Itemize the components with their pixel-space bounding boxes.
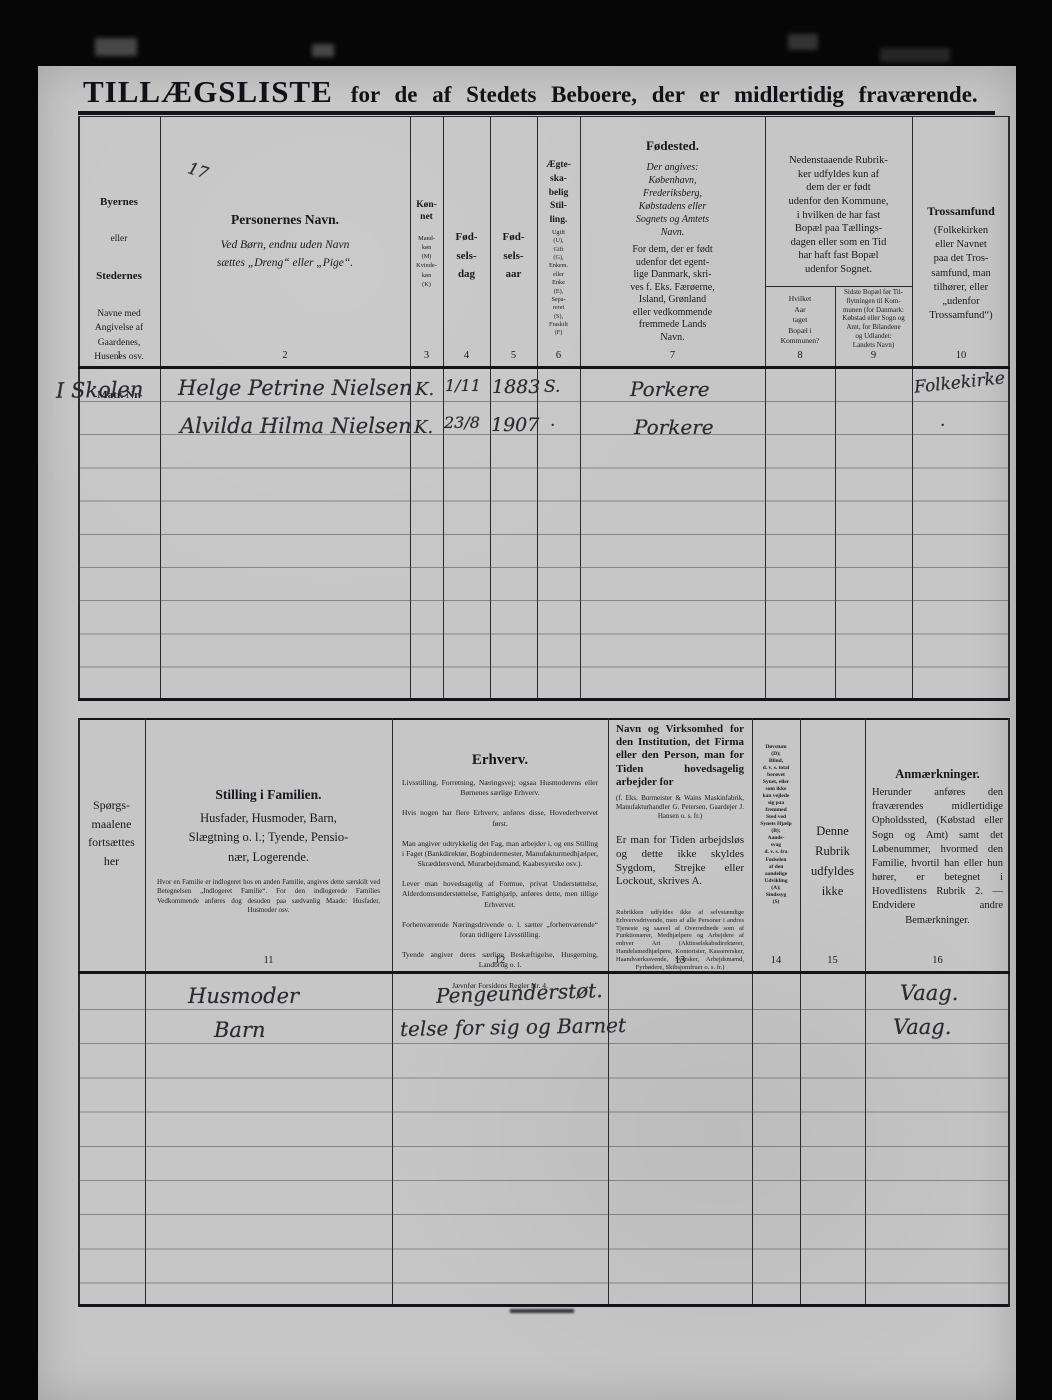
t1-header-col8-9-shared: Nedenstaaende Rubrik- ker udfyldes kun a… xyxy=(765,154,912,277)
entry-birthplace: Porkere xyxy=(630,377,710,401)
entry-religion: . xyxy=(940,411,945,431)
t1-colnum-6: 6 xyxy=(537,349,580,363)
t1-c1-line: eller xyxy=(78,233,160,245)
t1-header-col10-body: (Folkekirken eller Navnet paa det Tros- … xyxy=(912,224,1010,323)
entry-birthplace: Porkere xyxy=(634,415,714,439)
t2-header-col14: Døvstum (D); Blind, d. v. s. total berøv… xyxy=(752,744,800,906)
t2-header-col11-body: Husfader, Husmoder, Barn, Slægtning o. l… xyxy=(145,809,392,867)
t2-colnum-14: 14 xyxy=(752,954,800,968)
page-title: TILLÆGSLISTE for de af Stedets Beboere, … xyxy=(83,74,1003,110)
t1-header-col7-title: Fødested. xyxy=(580,138,765,155)
t2-colnum-12: 12 xyxy=(392,954,608,968)
t1-header-col7-body1: Der angives: København, Frederiksberg, K… xyxy=(580,161,765,239)
scan-artifact xyxy=(312,44,334,57)
margin-mark: 17 xyxy=(186,158,211,182)
scan-artifact xyxy=(788,34,818,50)
entry-occupation: telse for sig og Barnet xyxy=(400,1013,626,1041)
t1-header-col6-title: Ægte- ska- belig Stil- ling. xyxy=(537,159,580,228)
t1-ruled-lines xyxy=(79,401,1009,697)
t1-c1-line: Stedernes xyxy=(78,269,160,283)
t1-colnum-3: 3 xyxy=(410,349,443,363)
entry-maritalstatus: . xyxy=(550,411,555,431)
t1-header-col3-title: Køn- net xyxy=(410,199,443,224)
t1-header-col4: Fød- sels- dag xyxy=(443,228,490,284)
entry-occupation: Pengeunderstøt. xyxy=(436,978,603,1008)
scan-artifact xyxy=(95,38,137,56)
t1-colnum-2: 2 xyxy=(160,349,410,363)
entry-family-position: Husmoder xyxy=(188,984,299,1008)
scanned-census-page: { "title": { "main": "TILLÆGSLISTE", "re… xyxy=(0,0,1052,1400)
t1-c1-line: Byernes xyxy=(78,195,160,209)
t1-header-col9-sub: Sidste Bopæl før Til- flytningen til Kom… xyxy=(835,288,912,349)
entry-birthday: 23/8 xyxy=(444,413,480,432)
t2-header-col12-title: Erhverv. xyxy=(392,751,608,771)
entry-name: Alvilda Hilma Nielsen xyxy=(180,414,412,438)
t1-top-border xyxy=(78,116,1010,117)
entry-place: I Skolen xyxy=(56,377,144,403)
t2-bottom-border xyxy=(78,1304,1010,1307)
entry-birthday: 1/11 xyxy=(445,376,481,395)
t2-top-border xyxy=(78,718,1010,720)
entry-name: Helge Petrine Nielsen xyxy=(178,376,412,400)
document-paper: TILLÆGSLISTE for de af Stedets Beboere, … xyxy=(38,66,1016,1400)
t1-header-col5: Fød- sels- aar xyxy=(490,228,537,284)
t1-colnum-4: 4 xyxy=(443,349,490,363)
t2-header-col11-title: Stilling i Familien. xyxy=(145,786,392,804)
t2-ruled-lines xyxy=(79,1009,1009,1299)
t1-bottom-border xyxy=(78,698,1010,701)
t1-colnum-5: 5 xyxy=(490,349,537,363)
t1-header-col3-sub: Mand- køn (M) Kvinde- køn (K) xyxy=(410,234,443,289)
t2-header-col13-p2: Er man for Tiden arbejdsløs og dette ikk… xyxy=(616,834,744,889)
entry-sex: K. xyxy=(414,417,433,438)
t2-side-label: Spørgs- maalene fortsættes her xyxy=(78,796,145,870)
entry-birthyear: 1883 xyxy=(492,376,540,398)
t1-colnum-10: 10 xyxy=(912,349,1010,363)
t2-header-col16-title: Anmærkninger. xyxy=(865,766,1010,782)
entry-remark: Vaag. xyxy=(900,981,958,1005)
t2-colnum-13: 13 xyxy=(608,954,752,968)
t1-colnum-8: 8 xyxy=(765,349,835,363)
entry-remark: Vaag. xyxy=(893,1015,951,1039)
scan-artifact xyxy=(880,48,950,62)
page-title-main: TILLÆGSLISTE xyxy=(83,74,333,109)
t1-colnum-7: 7 xyxy=(580,349,765,363)
t2-header-col15: Denne Rubrik udfyldes ikke xyxy=(800,821,865,901)
entry-maritalstatus: S. xyxy=(544,377,560,397)
t2-colnum-16: 16 xyxy=(865,954,1010,968)
entry-sex: K. xyxy=(415,379,434,400)
t1-header-col2-body: Ved Børn, endnu uden Navn sættes „Dreng“… xyxy=(160,236,410,273)
t2-colnum-15: 15 xyxy=(800,954,865,968)
t2-header-col16-body: Herunder anføres den fraværendes midlert… xyxy=(872,786,1003,928)
page-title-rest: for de af Stedets Beboere, der er midler… xyxy=(351,82,978,107)
t1-header-col6-sub: Ugift (U), Gift (G), Enkem. eller Enke (… xyxy=(537,229,580,338)
t2-header-col13-p1: Navn og Virksomhed for den Institution, … xyxy=(616,723,744,789)
title-rule-thick xyxy=(78,111,995,115)
t1-colnum-1: 1 xyxy=(78,349,160,363)
t1-colnum-9: 9 xyxy=(835,349,912,363)
t1-header-bottom-line xyxy=(78,366,1010,369)
t2-header-col11-small: Hvor en Familie er indlogeret hos en and… xyxy=(157,878,380,916)
entry-family-position: Barn xyxy=(214,1018,266,1042)
printer-imprint xyxy=(510,1309,574,1313)
t1-header-col10-title: Trossamfund xyxy=(912,204,1010,220)
entry-religion: Folkekirke xyxy=(913,368,1006,397)
t1-header-col8-sub: Hvilket Aar taget Bopæl i Kommunen? xyxy=(765,294,835,347)
entry-birthyear: 1907 xyxy=(491,414,539,436)
t2-colnum-11: 11 xyxy=(145,954,392,968)
t2-header-col13-p1s: (f. Eks. Burmeister & Wains Maskinfabrik… xyxy=(616,794,744,821)
t1-header-col2-title: Personernes Navn. xyxy=(160,211,410,229)
t1-col8-9-subheader-line xyxy=(765,286,912,287)
t1-header-col7-body2: For dem, der er født udenfor det egent- … xyxy=(580,244,765,344)
